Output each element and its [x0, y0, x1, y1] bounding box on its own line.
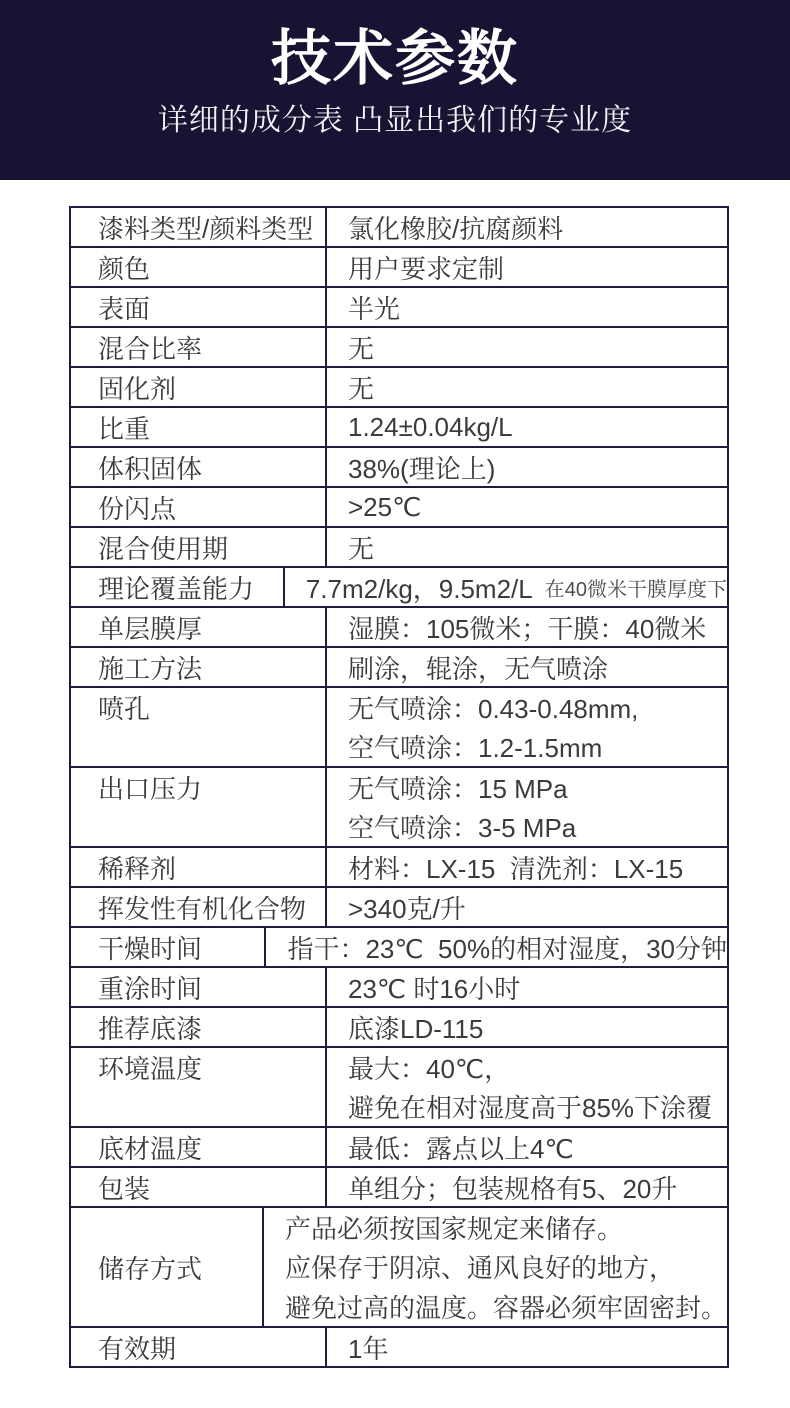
spec-value-line: 无气喷涂：15 MPa — [348, 768, 727, 807]
spec-value-cell: 无 — [327, 368, 727, 406]
spec-label: 底材温度 — [98, 1128, 325, 1166]
table-row: 漆料类型/颜料类型 氯化橡胶/抗腐颜料 — [71, 208, 727, 248]
table-row: 体积固体 38%(理论上) — [71, 448, 727, 488]
spec-value-cell: 1年 — [327, 1328, 727, 1366]
table-row: 重涂时间 23℃ 时16小时 — [71, 968, 727, 1008]
spec-label: 体积固体 — [98, 448, 325, 486]
table-row: 底材温度 最低：露点以上4℃ — [71, 1128, 727, 1168]
spec-label: 出口压力 — [98, 768, 325, 806]
spec-value-text: 无 — [348, 369, 374, 406]
spec-value-cell: 刷涂，辊涂，无气喷涂 — [327, 648, 727, 686]
spec-value-cell: 7.7m2/kg，9.5m2/L在40微米干膜厚度下 — [285, 568, 727, 606]
spec-value-cell: 用户要求定制 — [327, 248, 727, 286]
spec-value-text: 指干：23℃ 50%的相对湿度，30分钟 — [287, 929, 727, 966]
spec-value-text: >340克/升 — [348, 889, 466, 926]
spec-label-cell: 混合比率 — [71, 328, 327, 366]
spec-value-text: 1年 — [348, 1329, 388, 1366]
spec-label: 喷孔 — [98, 688, 325, 726]
spec-value-text: 空气喷涂：3-5 MPa — [348, 808, 576, 845]
table-row: 稀释剂 材料：LX-15 清洗剂：LX-15 — [71, 848, 727, 888]
spec-label: 比重 — [98, 408, 325, 446]
spec-value-text: 氯化橡胶/抗腐颜料 — [348, 209, 563, 246]
spec-label-cell: 喷孔 — [71, 688, 327, 766]
spec-value-cell: 无气喷涂：0.43-0.48mm,空气喷涂：1.2-1.5mm — [327, 688, 727, 766]
spec-value-text: 材料：LX-15 清洗剂：LX-15 — [348, 849, 683, 886]
table-row: 储存方式 产品必须按国家规定来储存。应保存于阴凉、通风良好的地方，避免过高的温度… — [71, 1208, 727, 1328]
spec-value-line: 空气喷涂：1.2-1.5mm — [348, 727, 727, 766]
spec-label-cell: 出口压力 — [71, 768, 327, 846]
spec-value-line: 最大：40℃， — [348, 1048, 727, 1087]
spec-value-text: 刷涂，辊涂，无气喷涂 — [348, 649, 608, 686]
spec-value-cell: 23℃ 时16小时 — [327, 968, 727, 1006]
spec-value-cell: 半光 — [327, 288, 727, 326]
spec-value-line: 半光 — [348, 288, 727, 326]
spec-value-text: 无 — [348, 329, 374, 366]
table-row: 环境温度 最大：40℃，避免在相对湿度高于85%下涂覆 — [71, 1048, 727, 1128]
spec-label-cell: 挥发性有机化合物 — [71, 888, 327, 926]
spec-value-line: 湿膜：105微米；干膜：40微米 — [348, 608, 727, 646]
spec-value-text: 空气喷涂：1.2-1.5mm — [348, 728, 602, 765]
spec-label-cell: 有效期 — [71, 1328, 327, 1366]
spec-label: 重涂时间 — [98, 968, 325, 1006]
spec-label: 挥发性有机化合物 — [98, 888, 325, 926]
spec-value-line: 无 — [348, 368, 727, 406]
spec-value-text: 用户要求定制 — [348, 249, 504, 286]
spec-value-line: 氯化橡胶/抗腐颜料 — [348, 208, 727, 246]
spec-label-cell: 包装 — [71, 1168, 327, 1206]
spec-value-line: 1年 — [348, 1328, 727, 1366]
spec-value-cell: 无 — [327, 328, 727, 366]
table-row: 挥发性有机化合物 >340克/升 — [71, 888, 727, 928]
spec-value-line: 刷涂，辊涂，无气喷涂 — [348, 648, 727, 686]
spec-value-cell: 指干：23℃ 50%的相对湿度，30分钟 — [266, 928, 727, 966]
spec-label-cell: 理论覆盖能力 — [71, 568, 285, 606]
spec-label-cell: 干燥时间 — [71, 928, 266, 966]
spec-value-line: 无 — [348, 528, 727, 566]
spec-label-cell: 环境温度 — [71, 1048, 327, 1126]
spec-label: 施工方法 — [98, 648, 325, 686]
spec-value-text: 产品必须按国家规定来储存。 — [285, 1209, 623, 1246]
spec-value-text: 38%(理论上) — [348, 449, 495, 486]
spec-table: 漆料类型/颜料类型 氯化橡胶/抗腐颜料 颜色 用户要求定制 表面 半光 混合比率… — [69, 206, 729, 1368]
spec-value-line: 23℃ 时16小时 — [348, 968, 727, 1006]
spec-value-line: 产品必须按国家规定来储存。 — [285, 1208, 727, 1247]
table-row: 份闪点 >25℃ — [71, 488, 727, 528]
spec-label-cell: 比重 — [71, 408, 327, 446]
spec-value-line: 用户要求定制 — [348, 248, 727, 286]
page-subtitle: 详细的成分表 凸显出我们的专业度 — [158, 104, 632, 139]
spec-value-text: 避免过高的温度。容器必须牢固密封。 — [285, 1288, 727, 1325]
spec-value-text: 应保存于阴凉、通风良好的地方， — [285, 1248, 675, 1285]
table-row: 固化剂 无 — [71, 368, 727, 408]
spec-label: 包装 — [98, 1168, 325, 1206]
spec-label-cell: 稀释剂 — [71, 848, 327, 886]
spec-value-text: >25℃ — [348, 492, 421, 523]
spec-label: 干燥时间 — [98, 928, 264, 966]
spec-label: 固化剂 — [98, 368, 325, 406]
spec-value-line: 1.24±0.04kg/L — [348, 408, 727, 446]
spec-value-cell: 产品必须按国家规定来储存。应保存于阴凉、通风良好的地方，避免过高的温度。容器必须… — [264, 1208, 727, 1326]
table-row: 单层膜厚 湿膜：105微米；干膜：40微米 — [71, 608, 727, 648]
table-row: 包装 单组分；包装规格有5、20升 — [71, 1168, 727, 1208]
spec-value-line: 最低：露点以上4℃ — [348, 1128, 727, 1166]
spec-value-note: 在40微米干膜厚度下 — [545, 573, 727, 602]
spec-value-cell: 无气喷涂：15 MPa空气喷涂：3-5 MPa — [327, 768, 727, 846]
spec-value-cell: 1.24±0.04kg/L — [327, 408, 727, 446]
spec-value-cell: 底漆LD-115 — [327, 1008, 727, 1046]
spec-value-line: 7.7m2/kg，9.5m2/L在40微米干膜厚度下 — [306, 568, 727, 606]
header-banner: 技术参数 详细的成分表 凸显出我们的专业度 — [0, 0, 790, 180]
spec-value-text: 单组分；包装规格有5、20升 — [348, 1169, 677, 1206]
spec-value-text: 无气喷涂：15 MPa — [348, 769, 568, 806]
spec-value-line: >25℃ — [348, 488, 727, 526]
spec-value-cell: 无 — [327, 528, 727, 566]
page: 技术参数 详细的成分表 凸显出我们的专业度 漆料类型/颜料类型 氯化橡胶/抗腐颜… — [0, 0, 790, 1408]
spec-label: 混合使用期 — [98, 528, 325, 566]
spec-value-text: 1.24±0.04kg/L — [348, 412, 513, 443]
spec-label: 储存方式 — [98, 1248, 262, 1286]
spec-value-line: 避免过高的温度。容器必须牢固密封。 — [285, 1287, 727, 1326]
spec-value-line: 无 — [348, 328, 727, 366]
spec-value-line: 底漆LD-115 — [348, 1008, 727, 1046]
spec-value-cell: >340克/升 — [327, 888, 727, 926]
spec-value-line: 材料：LX-15 清洗剂：LX-15 — [348, 848, 727, 886]
spec-value-cell: 材料：LX-15 清洗剂：LX-15 — [327, 848, 727, 886]
spec-value-line: 无气喷涂：0.43-0.48mm, — [348, 688, 727, 727]
spec-value-cell: 最大：40℃，避免在相对湿度高于85%下涂覆 — [327, 1048, 727, 1126]
spec-value-text: 无气喷涂：0.43-0.48mm, — [348, 689, 638, 726]
spec-label: 理论覆盖能力 — [98, 568, 283, 606]
spec-label-cell: 固化剂 — [71, 368, 327, 406]
spec-label-cell: 单层膜厚 — [71, 608, 327, 646]
spec-label: 漆料类型/颜料类型 — [98, 208, 325, 246]
spec-label: 稀释剂 — [98, 848, 325, 886]
spec-label-cell: 体积固体 — [71, 448, 327, 486]
spec-value-text: 最低：露点以上4℃ — [348, 1129, 574, 1166]
table-row: 有效期 1年 — [71, 1328, 727, 1366]
spec-label: 表面 — [98, 288, 325, 326]
spec-label-cell: 底材温度 — [71, 1128, 327, 1166]
spec-value-line: >340克/升 — [348, 888, 727, 926]
spec-label-cell: 施工方法 — [71, 648, 327, 686]
spec-value-text: 半光 — [348, 289, 400, 326]
spec-label: 推荐底漆 — [98, 1008, 325, 1046]
spec-value-text: 最大：40℃， — [348, 1049, 510, 1086]
spec-value-cell: 单组分；包装规格有5、20升 — [327, 1168, 727, 1206]
table-row: 喷孔 无气喷涂：0.43-0.48mm,空气喷涂：1.2-1.5mm — [71, 688, 727, 768]
table-row: 比重 1.24±0.04kg/L — [71, 408, 727, 448]
table-row: 干燥时间 指干：23℃ 50%的相对湿度，30分钟 — [71, 928, 727, 968]
spec-label-cell: 混合使用期 — [71, 528, 327, 566]
spec-label-cell: 份闪点 — [71, 488, 327, 526]
spec-value-cell: 最低：露点以上4℃ — [327, 1128, 727, 1166]
spec-label: 颜色 — [98, 248, 325, 286]
spec-value-line: 指干：23℃ 50%的相对湿度，30分钟 — [287, 928, 727, 966]
spec-value-line: 应保存于阴凉、通风良好的地方， — [285, 1247, 727, 1286]
table-row: 表面 半光 — [71, 288, 727, 328]
spec-label: 单层膜厚 — [98, 608, 325, 646]
spec-value-text: 23℃ 时16小时 — [348, 969, 520, 1006]
spec-value-line: 38%(理论上) — [348, 448, 727, 486]
spec-value-text: 无 — [348, 529, 374, 566]
spec-value-text: 底漆LD-115 — [348, 1009, 483, 1046]
spec-label-cell: 表面 — [71, 288, 327, 326]
table-row: 颜色 用户要求定制 — [71, 248, 727, 288]
spec-value-text: 7.7m2/kg，9.5m2/L — [306, 569, 533, 606]
spec-label: 份闪点 — [98, 488, 325, 526]
spec-value-line: 单组分；包装规格有5、20升 — [348, 1168, 727, 1206]
table-row: 混合使用期 无 — [71, 528, 727, 568]
spec-value-line: 空气喷涂：3-5 MPa — [348, 807, 727, 846]
spec-label: 环境温度 — [98, 1048, 325, 1086]
spec-value-text: 避免在相对湿度高于85%下涂覆 — [348, 1088, 712, 1125]
spec-value-cell: 38%(理论上) — [327, 448, 727, 486]
spec-label: 混合比率 — [98, 328, 325, 366]
spec-label-cell: 重涂时间 — [71, 968, 327, 1006]
table-row: 理论覆盖能力 7.7m2/kg，9.5m2/L在40微米干膜厚度下 — [71, 568, 727, 608]
spec-label-cell: 漆料类型/颜料类型 — [71, 208, 327, 246]
spec-value-cell: 湿膜：105微米；干膜：40微米 — [327, 608, 727, 646]
spec-value-cell: 氯化橡胶/抗腐颜料 — [327, 208, 727, 246]
table-row: 混合比率 无 — [71, 328, 727, 368]
table-row: 施工方法 刷涂，辊涂，无气喷涂 — [71, 648, 727, 688]
page-title: 技术参数 — [271, 26, 519, 92]
table-row: 出口压力 无气喷涂：15 MPa空气喷涂：3-5 MPa — [71, 768, 727, 848]
spec-label-cell: 储存方式 — [71, 1208, 264, 1326]
spec-value-text: 湿膜：105微米；干膜：40微米 — [348, 609, 706, 646]
spec-label-cell: 推荐底漆 — [71, 1008, 327, 1046]
spec-value-cell: >25℃ — [327, 488, 727, 526]
table-row: 推荐底漆 底漆LD-115 — [71, 1008, 727, 1048]
spec-value-line: 避免在相对湿度高于85%下涂覆 — [348, 1087, 727, 1126]
spec-label: 有效期 — [98, 1328, 325, 1366]
spec-label-cell: 颜色 — [71, 248, 327, 286]
